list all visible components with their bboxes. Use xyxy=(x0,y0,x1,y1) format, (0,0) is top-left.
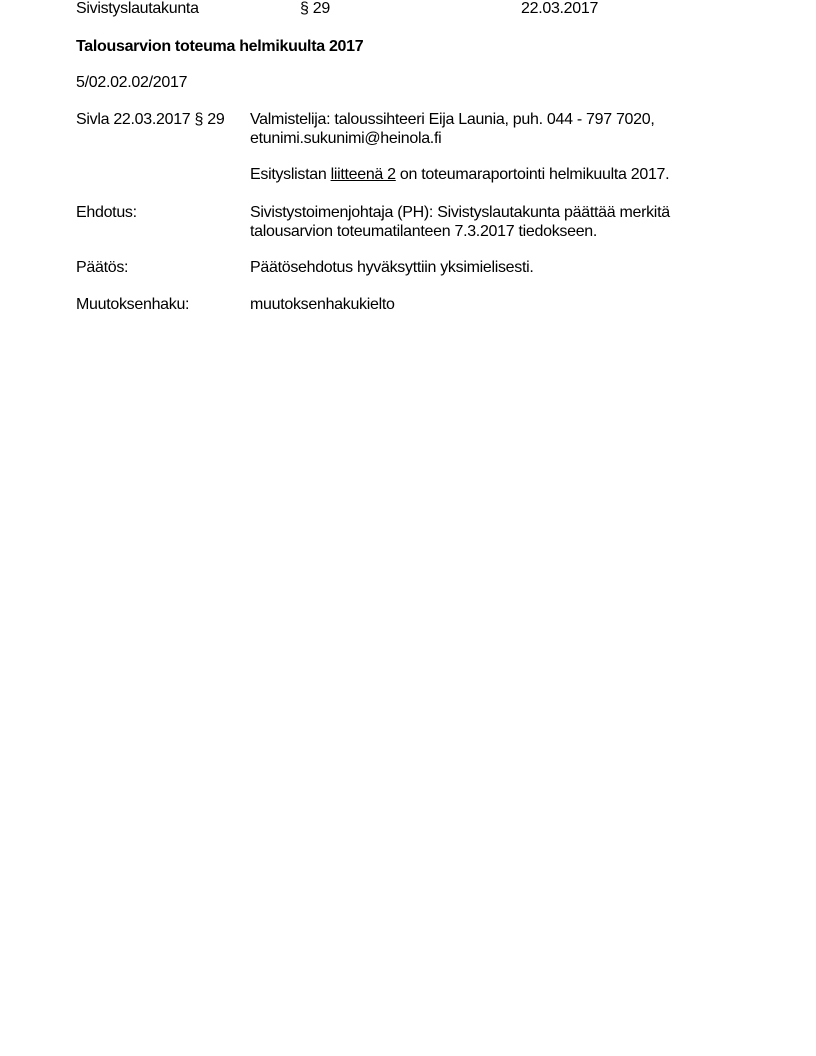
document-title: Talousarvion toteuma helmikuulta 2017 xyxy=(76,37,363,57)
attachment-suffix: on toteumaraportointi helmikuulta 2017. xyxy=(396,166,670,183)
attachment-prefix: Esityslistan xyxy=(250,166,331,183)
preparation-label: Sivla 22.03.2017 § 29 xyxy=(76,110,225,129)
appeal-label: Muutoksenhaku: xyxy=(76,295,189,314)
header-date: 22.03.2017 xyxy=(521,0,598,19)
attachment-content: Esityslistan liitteenä 2 on toteumarapor… xyxy=(250,165,730,184)
document-reference: 5/02.02.02/2017 xyxy=(76,73,187,93)
header-organ: Sivistyslautakunta xyxy=(76,0,199,19)
proposal-line-2: talousarvion toteumatilanteen 7.3.2017 t… xyxy=(250,222,730,241)
header-section: § 29 xyxy=(300,0,330,19)
proposal-content: Sivistystoimenjohtaja (PH): Sivistyslaut… xyxy=(250,203,730,241)
document-header: Sivistyslautakunta § 29 22.03.2017 xyxy=(76,0,776,19)
proposal-label: Ehdotus: xyxy=(76,203,137,222)
preparer-email: etunimi.sukunimi@heinola.fi xyxy=(250,129,730,148)
attachment-link[interactable]: liitteenä 2 xyxy=(331,166,396,183)
preparer-line: Valmistelija: taloussihteeri Eija Launia… xyxy=(250,110,730,129)
preparation-content: Valmistelija: taloussihteeri Eija Launia… xyxy=(250,110,730,148)
document-page: Sivistyslautakunta § 29 22.03.2017 Talou… xyxy=(0,0,816,1056)
decision-label: Päätös: xyxy=(76,258,128,277)
decision-text: Päätösehdotus hyväksyttiin yksimielisest… xyxy=(250,258,730,277)
proposal-line-1: Sivistystoimenjohtaja (PH): Sivistyslaut… xyxy=(250,203,730,222)
appeal-text: muutoksenhakukielto xyxy=(250,295,730,314)
